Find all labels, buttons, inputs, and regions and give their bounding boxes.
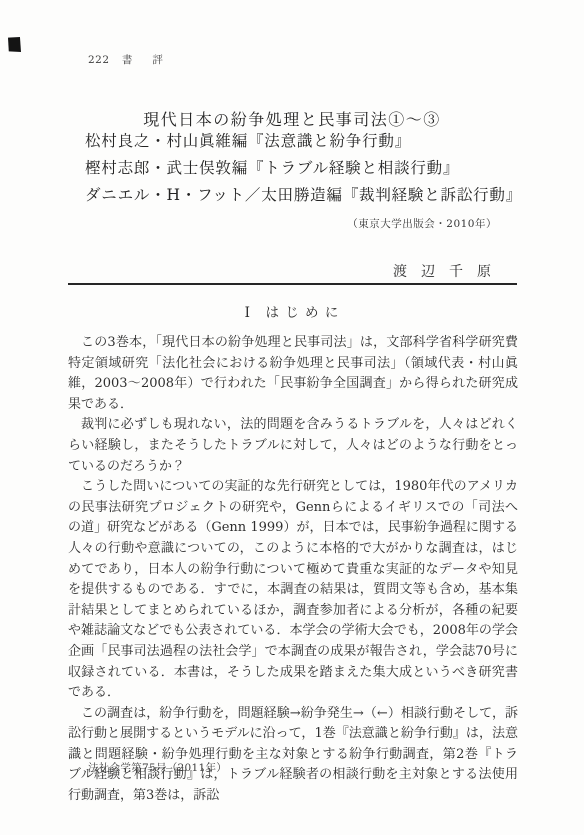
reviewed-volume-list: 松村良之・村山眞維編『法意識と紛争行動』 樫村志郎・武士俣敦編『トラブル経験と相… <box>85 128 545 209</box>
journal-footer-line: 法社会学第75号（2011年） <box>88 760 227 775</box>
title-divider-rule <box>68 283 517 285</box>
series-title: 現代日本の紛争処理と民事司法①～③ <box>0 107 584 130</box>
page-number: 222 <box>88 54 110 66</box>
running-header-label: 書 評 <box>122 54 168 66</box>
body-paragraph-1: この3巻本，「現代日本の紛争処理と民事司法」は，文部科学省科学研究費特定領域研究… <box>68 333 518 415</box>
volume-title-2: 樫村志郎・武士俣敦編『トラブル経験と相談行動』 <box>85 155 545 182</box>
scanned-journal-page: 222 書 評 現代日本の紛争処理と民事司法①～③ 松村良之・村山眞維編『法意識… <box>0 0 584 835</box>
scan-artifact-mark <box>8 37 21 52</box>
running-header: 222 書 評 <box>88 52 168 67</box>
body-paragraph-4: この調査は，紛争行動を，問題経験→紛争発生→（←）相談行動そして，訴訟行動と展開… <box>68 704 518 807</box>
body-paragraph-3: こうした問いについての実証的な先行研究としては，1980年代のアメリカの民事法研… <box>68 477 518 704</box>
section-heading-introduction: Ⅰ は じ め に <box>0 301 584 321</box>
publisher-info: （東京大学出版会・2010年） <box>0 216 497 231</box>
review-body-text: この3巻本，「現代日本の紛争処理と民事司法」は，文部科学省科学研究費特定領域研究… <box>68 333 518 807</box>
reviewer-name: 渡 辺 千 原 <box>0 261 491 281</box>
volume-title-1: 松村良之・村山眞維編『法意識と紛争行動』 <box>85 128 545 155</box>
body-paragraph-2: 裁判に必ずしも現れない，法的問題を含みうるトラブルを，人々はどれくらい経験し，ま… <box>68 415 518 477</box>
volume-title-3: ダニエル・H・フット／太田勝造編『裁判経験と訴訟行動』 <box>85 182 545 209</box>
